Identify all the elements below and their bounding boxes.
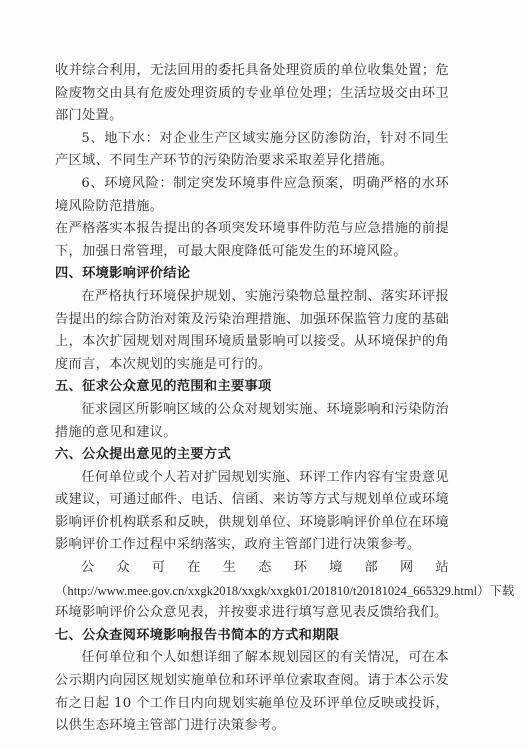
mee-website-link[interactable]: http://www.mee.gov.cn/xxgk2018/xxgk/xxgk… <box>67 584 477 598</box>
paragraph-scope: 征求园区所影响区域的公众对规划实施、环境影响和污染防治措施的意见和建议。 <box>55 399 449 444</box>
paragraph-review-access: 任何单位和个人如想详细了解本规划园区的有关情况，可在本公示期内向园区规划实施单位… <box>55 647 449 737</box>
page-number: 4 <box>258 698 263 708</box>
document-body: 收并综合利用，无法回用的委托具备处理资质的单位收集处置；危险废物交由具有危废处理… <box>55 60 449 738</box>
document-page: 收并综合利用，无法回用的委托具备处理资质的单位收集处置；危险废物交由具有危废处理… <box>0 0 529 747</box>
url-line: （http://www.mee.gov.cn/xxgk2018/xxgk/xxg… <box>55 580 449 603</box>
paragraph-waste-disposal: 收并综合利用，无法回用的委托具备处理资质的单位收集处置；危险废物交由具有危废处理… <box>55 60 449 128</box>
paragraph-groundwater: 5、地下水：对企业生产区域实施分区防渗防治，针对不同生产区域、不同生产环节的污染… <box>55 128 449 173</box>
paragraph-download-form: 环境影响评价公众意见表，并按要求进行填写意见表反馈给我们。 <box>55 602 449 625</box>
heading-section-5: 五、征求公众意见的范围和主要事项 <box>55 376 449 399</box>
paragraph-feedback-methods: 任何单位或个人若对扩园规划实施、环评工作内容有宝贵意见或建议，可通过邮件、电话、… <box>55 467 449 557</box>
paragraph-conclusion: 在严格执行环境保护规划、实施污染物总量控制、落实环评报告提出的综合防治对策及污染… <box>55 286 449 376</box>
heading-section-4: 四、环境影响评价结论 <box>55 263 449 286</box>
heading-section-6: 六、公众提出意见的主要方式 <box>55 444 449 467</box>
heading-section-7: 七、公众查阅环境影响报告书简本的方式和期限 <box>55 625 449 648</box>
paragraph-risk-management: 在严格落实本报告提出的各项突发环境事件防范与应急措施的前提下，加强日常管理，可最… <box>55 218 449 263</box>
spread-text-line: 公 众 可 在 生 态 环 境 部 网 站 <box>55 557 449 580</box>
paragraph-environmental-risk: 6、环境风险：制定突发环境事件应急预案，明确严格的水环境风险防范措施。 <box>55 173 449 218</box>
